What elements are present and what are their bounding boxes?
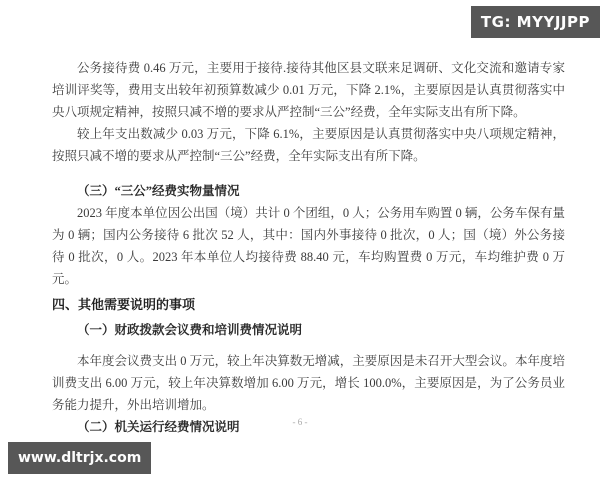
paragraph-meeting-training-detail: 本年度会议费支出 0 万元，较上年决算数无增减，主要原因是未召开大型会议。本年度…: [52, 350, 565, 416]
paragraph-yoy-decrease: 较上年支出数减少 0.03 万元，下降 6.1%，主要原因是认真贯彻落实中央八项…: [52, 123, 565, 167]
heading-three-public-physical-quantity: （三）“三公”经费实物量情况: [52, 180, 565, 202]
heading-other-matters: 四、其他需要说明的事项: [52, 294, 565, 316]
paragraph-physical-quantity-detail: 2023 年度本单位因公出国（境）共计 0 个团组，0 人；公务用车购置 0 辆…: [52, 202, 565, 290]
document-content: 公务接待费 0.46 万元，主要用于接待.接待其他区县文联来足调研、文化交流和邀…: [52, 57, 565, 438]
paragraph-reception-expense: 公务接待费 0.46 万元，主要用于接待.接待其他区县文联来足调研、文化交流和邀…: [52, 57, 565, 123]
telegram-watermark-badge: TG: MYYJJPP: [471, 6, 600, 38]
page-number: - 6 -: [0, 417, 600, 427]
heading-meeting-training-fee: （一）财政拨款会议费和培训费情况说明: [52, 319, 565, 341]
document-page: TG: MYYJJPP 公务接待费 0.46 万元，主要用于接待.接待其他区县文…: [0, 0, 600, 480]
site-watermark: www.dltrjx.com: [8, 442, 151, 474]
